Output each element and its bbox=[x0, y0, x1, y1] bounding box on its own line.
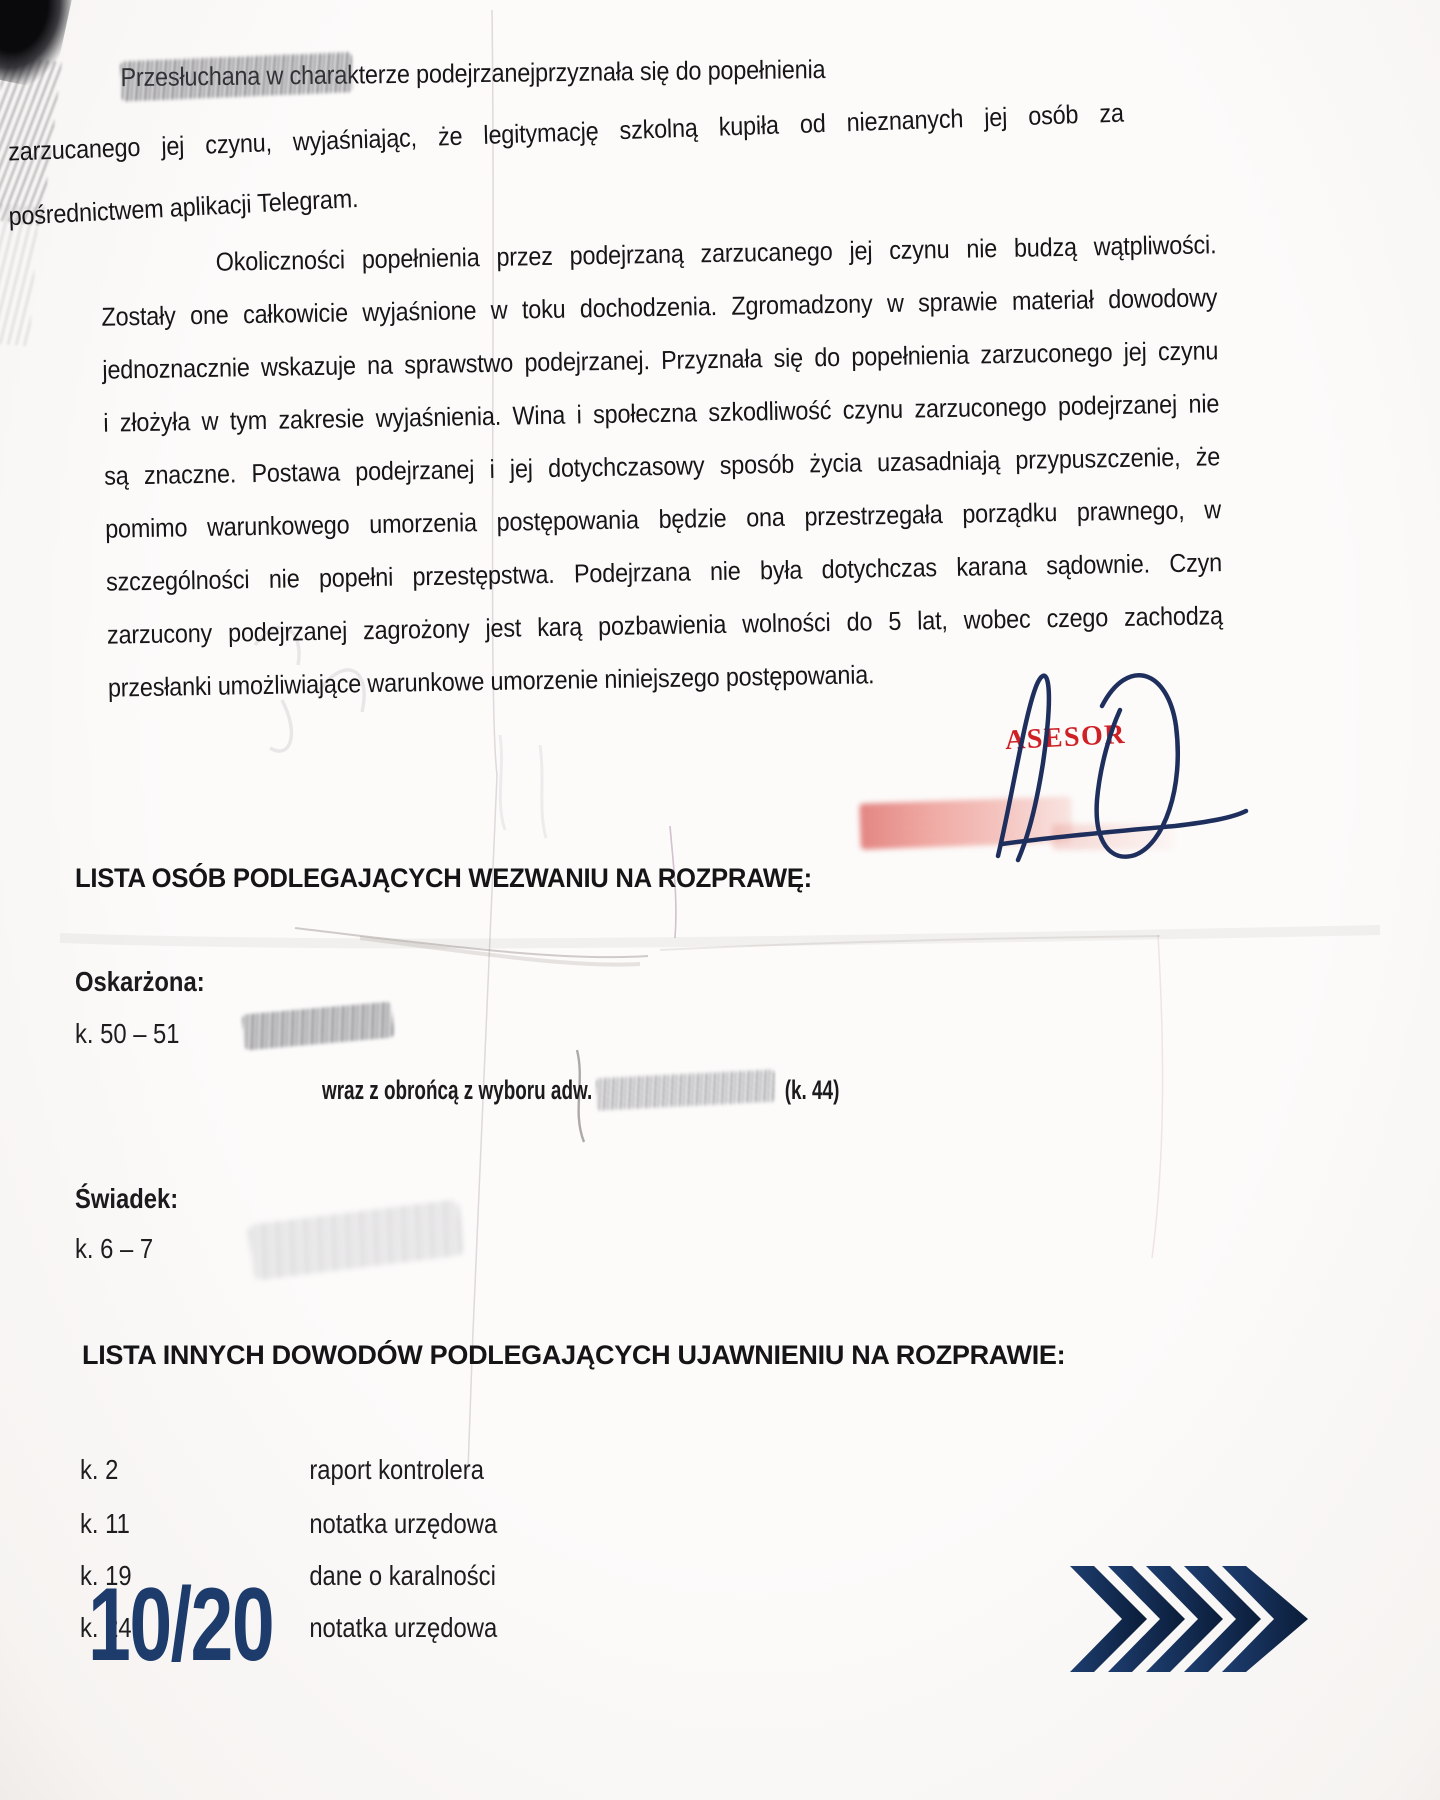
accused-pages-ref: k. 50 – 51 bbox=[75, 1018, 180, 1050]
paragraph-justification: Okoliczności popełnienia przez podejrzan… bbox=[100, 218, 1224, 714]
redacted-accused-name bbox=[242, 1002, 395, 1051]
asesor-role-label: ASESOR bbox=[1004, 719, 1127, 757]
witness-label: Świadek: bbox=[75, 1183, 178, 1215]
witness-pages-ref: k. 6 – 7 bbox=[75, 1233, 153, 1265]
redacted-signature-stamp-trail bbox=[1052, 824, 1174, 850]
accused-label: Oskarżona: bbox=[75, 966, 205, 998]
defender-pages-ref: (k. 44) bbox=[785, 1075, 840, 1106]
defender-text: wraz z obrońcą z wyboru adw. bbox=[322, 1075, 592, 1106]
paragraph-confession: Przesłuchana w charakterze podejrzanej p… bbox=[8, 20, 1124, 235]
forward-chevrons-icon[interactable] bbox=[1070, 1566, 1308, 1672]
evidence-description: raport kontrolera bbox=[309, 1454, 484, 1485]
evidence-page-ref: k. 11 bbox=[80, 1508, 303, 1540]
paragraph-text: przyznała się do popełnienia bbox=[535, 43, 826, 99]
evidence-row: k. 2 raport kontrolera bbox=[80, 1454, 675, 1486]
redacted-defender-name bbox=[596, 1070, 775, 1111]
evidence-list-heading: LISTA INNYCH DOWODÓW PODLEGAJĄCYCH UJAWN… bbox=[82, 1340, 1065, 1371]
evidence-row: k. 11 notatka urzędowa bbox=[80, 1508, 675, 1540]
evidence-page-ref: k. 2 bbox=[80, 1454, 303, 1486]
redacted-signature-stamp bbox=[859, 796, 1072, 849]
redacted-witness-name bbox=[247, 1199, 464, 1280]
page-indicator: 10/20 bbox=[88, 1566, 273, 1685]
evidence-description: dane o karalności bbox=[309, 1560, 496, 1591]
evidence-description: notatka urzędowa bbox=[309, 1508, 497, 1539]
defender-line: wraz z obrońcą z wyboru adw. (k. 44) bbox=[322, 1074, 839, 1106]
evidence-description: notatka urzędowa bbox=[309, 1612, 497, 1643]
scanned-document-page: Przesłuchana w charakterze podejrzanej p… bbox=[0, 0, 1440, 1800]
summons-list-heading: LISTA OSÓB PODLEGAJĄCYCH WEZWANIU NA ROZ… bbox=[75, 863, 812, 894]
